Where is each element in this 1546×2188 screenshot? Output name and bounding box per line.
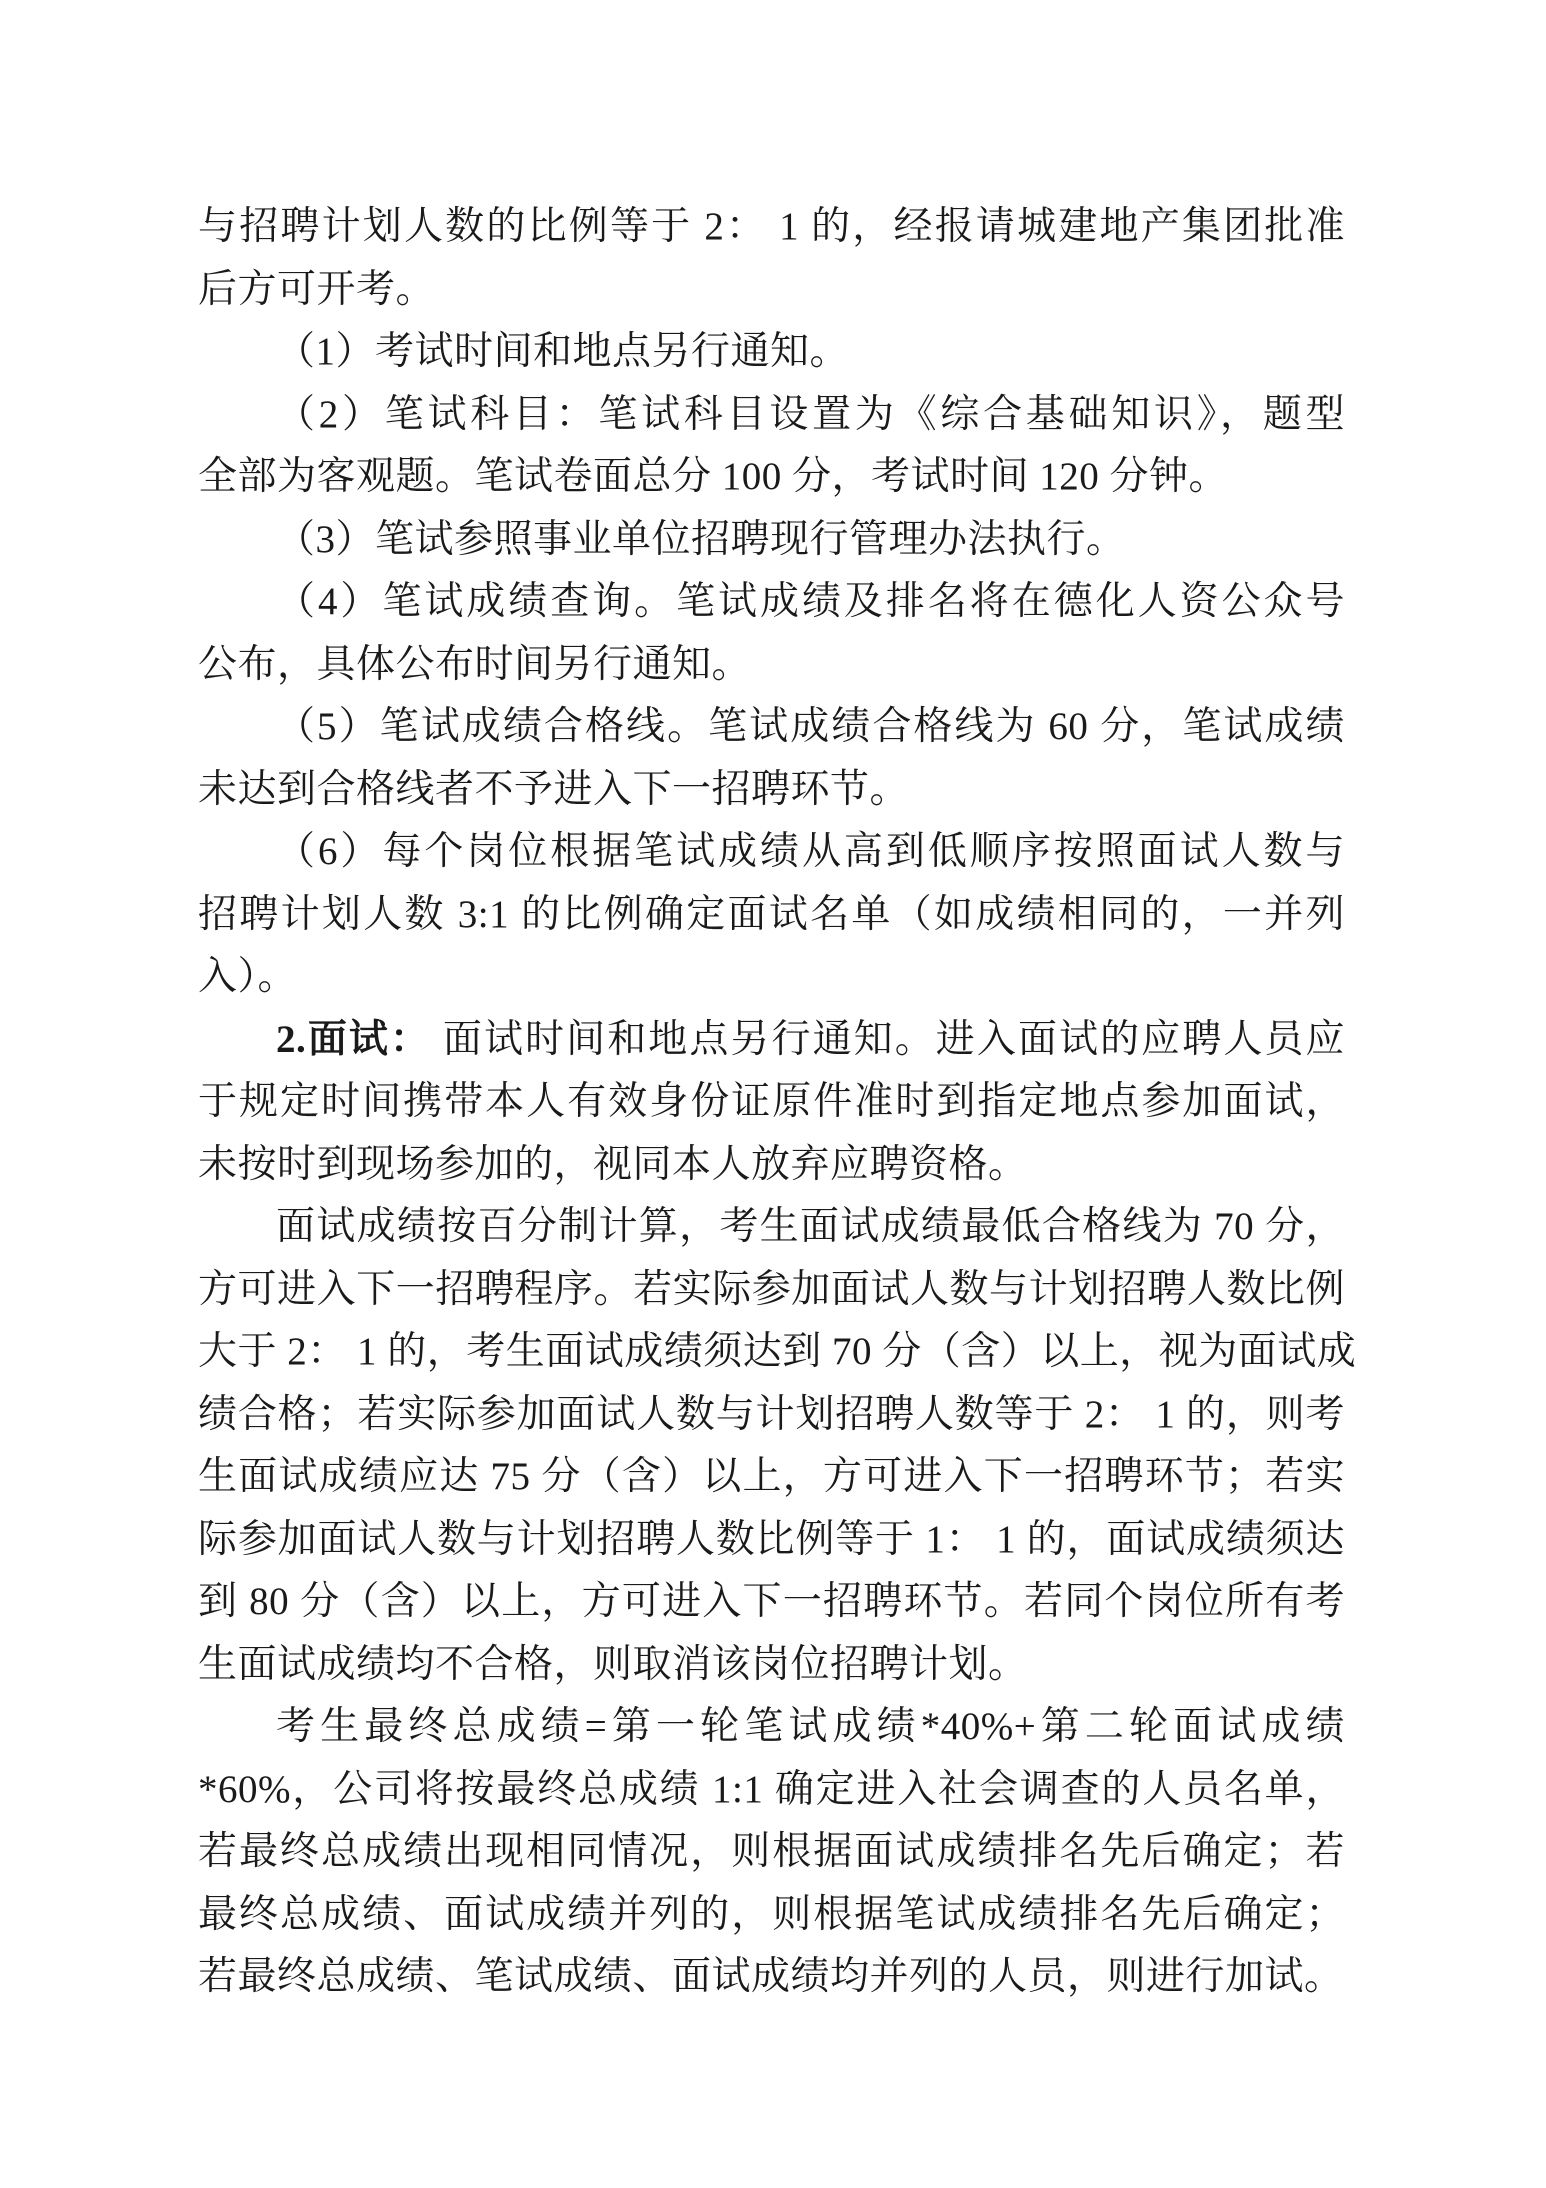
text-segment: （3）笔试参照事业单位招聘现行管理办法执行。 — [276, 518, 1126, 561]
text-segment: 公布，具体公布时间另行通知。 — [198, 643, 751, 686]
text-segment: 际参加面试人数与计划招聘人数比例等于 1： 1 的，面试成绩须达 — [198, 1518, 1345, 1561]
text-line: 公布，具体公布时间另行通知。 — [198, 634, 1345, 697]
text-segment: 未按时到现场参加的，视同本人放弃应聘资格。 — [198, 1143, 1028, 1186]
text-line: 于规定时间携带本人有效身份证原件准时到指定地点参加面试， — [198, 1071, 1345, 1134]
text-line: 生面试成绩应达 75 分（含）以上，方可进入下一招聘环节；若实 — [198, 1446, 1345, 1509]
document-text-block: 与招聘计划人数的比例等于 2： 1 的，经报请城建地产集团批准后方可开考。（1）… — [198, 196, 1345, 2009]
text-line: 未达到合格线者不予进入下一招聘环节。 — [198, 759, 1345, 822]
text-line: 后方可开考。 — [198, 259, 1345, 322]
text-segment: 面试成绩按百分制计算，考生面试成绩最低合格线为 70 分， — [276, 1205, 1345, 1248]
text-line: （2）笔试科目：笔试科目设置为《综合基础知识》，题型 — [198, 384, 1345, 447]
document-page: 与招聘计划人数的比例等于 2： 1 的，经报请城建地产集团批准后方可开考。（1）… — [0, 0, 1546, 2188]
text-line: 招聘计划人数 3:1 的比例确定面试名单（如成绩相同的，一并列 — [198, 884, 1345, 947]
text-segment: （6）每个岗位根据笔试成绩从高到低顺序按照面试人数与 — [276, 830, 1345, 873]
text-line: （6）每个岗位根据笔试成绩从高到低顺序按照面试人数与 — [198, 821, 1345, 884]
text-segment: 若最终总成绩、笔试成绩、面试成绩均并列的人员，则进行加试。 — [198, 1955, 1344, 1998]
bold-text-segment: 2.面试： — [276, 1018, 431, 1061]
text-segment: 绩合格；若实际参加面试人数与计划招聘人数等于 2： 1 的，则考 — [198, 1393, 1345, 1436]
text-line: 绩合格；若实际参加面试人数与计划招聘人数等于 2： 1 的，则考 — [198, 1384, 1345, 1447]
text-line: 方可进入下一招聘程序。若实际参加面试人数与计划招聘人数比例 — [198, 1259, 1345, 1322]
text-line: 大于 2： 1 的，考生面试成绩须达到 70 分（含）以上，视为面试成 — [198, 1321, 1345, 1384]
text-segment: 考生最终总成绩=第一轮笔试成绩*40%+第二轮面试成绩 — [276, 1705, 1345, 1748]
text-line: 若最终总成绩、笔试成绩、面试成绩均并列的人员，则进行加试。 — [198, 1946, 1345, 2009]
text-line: 若最终总成绩出现相同情况，则根据面试成绩排名先后确定；若 — [198, 1821, 1345, 1884]
text-line: 面试成绩按百分制计算，考生面试成绩最低合格线为 70 分， — [198, 1196, 1345, 1259]
text-segment: 最终总成绩、面试成绩并列的，则根据笔试成绩排名先后确定； — [198, 1893, 1345, 1936]
text-line: 际参加面试人数与计划招聘人数比例等于 1： 1 的，面试成绩须达 — [198, 1509, 1345, 1572]
text-segment: 到 80 分（含）以上，方可进入下一招聘环节。若同个岗位所有考 — [198, 1580, 1345, 1623]
text-segment: 生面试成绩应达 75 分（含）以上，方可进入下一招聘环节；若实 — [198, 1455, 1345, 1498]
text-line: 到 80 分（含）以上，方可进入下一招聘环节。若同个岗位所有考 — [198, 1571, 1345, 1634]
text-line: 未按时到现场参加的，视同本人放弃应聘资格。 — [198, 1134, 1345, 1197]
text-segment: 入）。 — [198, 955, 297, 998]
text-segment: 若最终总成绩出现相同情况，则根据面试成绩排名先后确定；若 — [198, 1830, 1345, 1873]
text-line: *60%，公司将按最终总成绩 1:1 确定进入社会调查的人员名单， — [198, 1759, 1345, 1822]
text-segment: （5）笔试成绩合格线。笔试成绩合格线为 60 分，笔试成绩 — [276, 705, 1345, 748]
text-segment: 与招聘计划人数的比例等于 2： 1 的，经报请城建地产集团批准 — [198, 205, 1345, 248]
text-line: （1）考试时间和地点另行通知。 — [198, 321, 1345, 384]
text-line: 全部为客观题。笔试卷面总分 100 分，考试时间 120 分钟。 — [198, 446, 1345, 509]
text-line: 生面试成绩均不合格，则取消该岗位招聘计划。 — [198, 1634, 1345, 1697]
text-segment: 于规定时间携带本人有效身份证原件准时到指定地点参加面试， — [198, 1080, 1345, 1123]
text-segment: 招聘计划人数 3:1 的比例确定面试名单（如成绩相同的，一并列 — [198, 893, 1345, 936]
text-segment: （1）考试时间和地点另行通知。 — [276, 330, 849, 373]
text-line: 入）。 — [198, 946, 1345, 1009]
text-segment: （2）笔试科目：笔试科目设置为《综合基础知识》，题型 — [276, 393, 1345, 436]
text-line: 考生最终总成绩=第一轮笔试成绩*40%+第二轮面试成绩 — [198, 1696, 1345, 1759]
text-line: 2.面试： 面试时间和地点另行通知。进入面试的应聘人员应 — [198, 1009, 1345, 1072]
text-line: 与招聘计划人数的比例等于 2： 1 的，经报请城建地产集团批准 — [198, 196, 1345, 259]
text-segment: （4）笔试成绩查询。笔试成绩及排名将在德化人资公众号 — [276, 580, 1345, 623]
text-segment: 全部为客观题。笔试卷面总分 100 分，考试时间 120 分钟。 — [198, 455, 1228, 498]
text-segment: *60%，公司将按最终总成绩 1:1 确定进入社会调查的人员名单， — [198, 1768, 1345, 1811]
text-line: 最终总成绩、面试成绩并列的，则根据笔试成绩排名先后确定； — [198, 1884, 1345, 1947]
text-line: （5）笔试成绩合格线。笔试成绩合格线为 60 分，笔试成绩 — [198, 696, 1345, 759]
text-segment: 生面试成绩均不合格，则取消该岗位招聘计划。 — [198, 1643, 1028, 1686]
text-line: （4）笔试成绩查询。笔试成绩及排名将在德化人资公众号 — [198, 571, 1345, 634]
text-line: （3）笔试参照事业单位招聘现行管理办法执行。 — [198, 509, 1345, 572]
text-segment: 面试时间和地点另行通知。进入面试的应聘人员应 — [431, 1018, 1345, 1061]
text-segment: 后方可开考。 — [198, 268, 435, 311]
text-segment: 大于 2： 1 的，考生面试成绩须达到 70 分（含）以上，视为面试成 — [198, 1330, 1356, 1373]
text-segment: 未达到合格线者不予进入下一招聘环节。 — [198, 768, 909, 811]
text-segment: 方可进入下一招聘程序。若实际参加面试人数与计划招聘人数比例 — [198, 1268, 1345, 1311]
